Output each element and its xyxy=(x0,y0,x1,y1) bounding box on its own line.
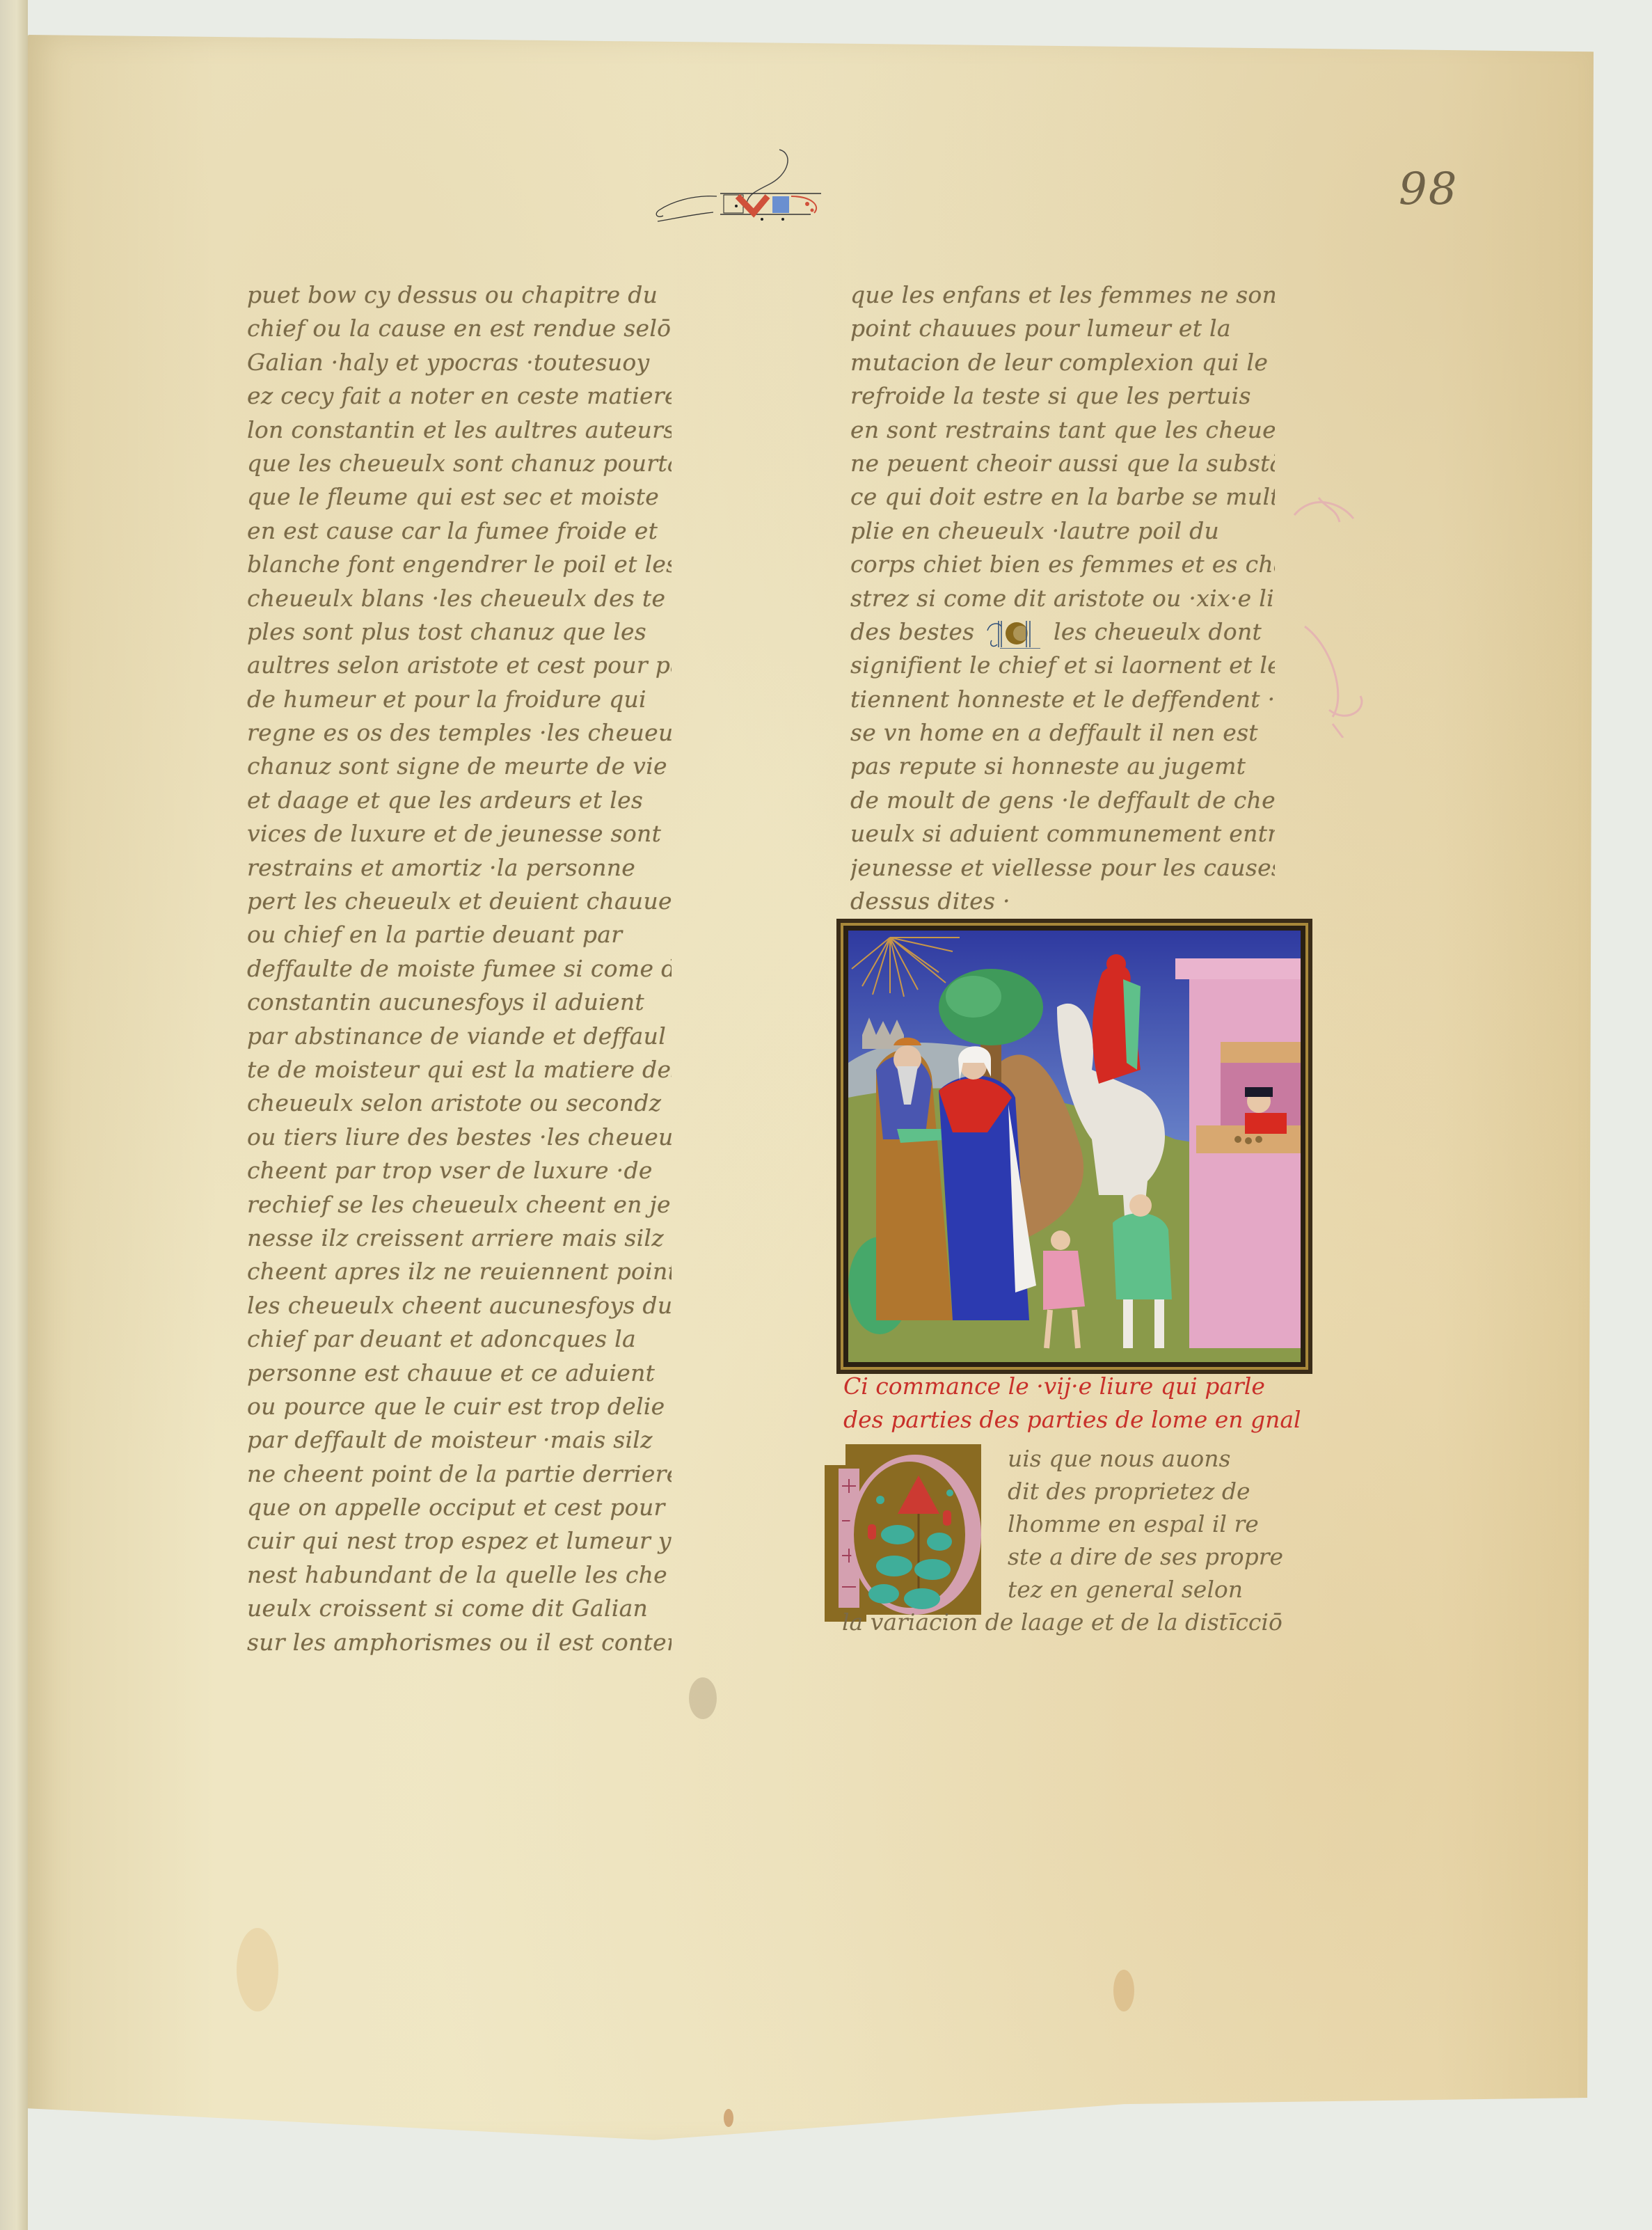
text-line: mutacion de leur complexion qui le xyxy=(850,346,1275,379)
text-line: ce qui doit estre en la barbe se multi xyxy=(850,480,1275,514)
text-line: uis que nous auons xyxy=(1008,1442,1300,1475)
text-fragment: les cheueulx dont xyxy=(1054,618,1262,645)
text-line: cheent apres ilz ne reuiennent point xyxy=(247,1255,672,1288)
text-line: tiennent honneste et le deffendent ·c xyxy=(850,683,1275,716)
text-line: constantin aucunesfoys il aduient xyxy=(247,986,672,1019)
text-line: blanche font engendrer le poil et les xyxy=(247,548,672,581)
text-line-with-initial: des bestes les cheueulx dont xyxy=(850,615,1275,649)
chapter-mark-icon xyxy=(644,146,825,223)
text-line: refroide la teste si que les pertuis xyxy=(850,379,1275,413)
text-line: pas repute si honneste au jugemt xyxy=(850,750,1275,783)
text-line: que on appelle occiput et cest pour le xyxy=(247,1491,672,1524)
text-line: restrains et amortiz ·la personne xyxy=(247,851,672,885)
text-line: aultres selon aristote et cest pour pa xyxy=(247,649,672,682)
text-line: point chauues pour lumeur et la xyxy=(850,312,1275,345)
text-line: que les enfans et les femmes ne sont xyxy=(850,278,1275,312)
text-line: ou tiers liure des bestes ·les cheueulx xyxy=(247,1121,672,1154)
gold-initial-c-icon xyxy=(986,617,1042,649)
text-line: puet bow cy dessus ou chapitre du xyxy=(247,278,672,312)
folio-number: 98 xyxy=(1399,164,1458,215)
text-line: ueulx croissent si come dit Galian xyxy=(247,1592,672,1625)
text-line: lhomme en espal il re xyxy=(1008,1508,1300,1540)
text-line: cheent par trop vser de luxure ·de xyxy=(247,1154,672,1187)
text-beside-initial: uis que nous auons dit des proprietez de… xyxy=(1008,1442,1300,1606)
text-line: rechief se les cheueulx cheent en jeu xyxy=(247,1188,672,1221)
text-line: de humeur et pour la froidure qui xyxy=(247,683,672,716)
foxing-stain xyxy=(1113,1970,1134,2011)
rubric-line: Ci commance le ·vij·e liure qui parle xyxy=(843,1370,1303,1403)
text-line: par abstinance de viande et deffaul xyxy=(247,1020,672,1053)
text-line: ueulx si aduient communement entre xyxy=(850,817,1275,851)
text-line: dit des proprietez de xyxy=(1008,1475,1300,1508)
text-line: ou pource que le cuir est trop delie ou xyxy=(247,1390,672,1423)
text-line: que le fleume qui est sec et moiste xyxy=(247,480,672,514)
text-line: personne est chauue et ce aduient xyxy=(247,1357,672,1390)
text-line: chief ou la cause en est rendue selō xyxy=(247,312,672,345)
rubric-line: des parties des parties de lome en gnal xyxy=(843,1403,1303,1437)
text-line: strez si come dit aristote ou ·xix·e liu… xyxy=(850,582,1275,615)
text-line: tez en general selon xyxy=(1008,1573,1300,1606)
right-text-column: que les enfans et les femmes ne sont poi… xyxy=(850,278,1275,918)
marginal-flourish-icon xyxy=(1291,487,1381,738)
text-line: en sont restrains tant que les cheue xyxy=(850,413,1275,447)
text-line: cheueulx blans ·les cheueulx des te xyxy=(247,582,672,615)
text-line: signifient le chief et si laornent et le xyxy=(850,649,1275,682)
text-line: ne peuent cheoir aussi que la substā xyxy=(850,447,1275,480)
text-line: regne es os des temples ·les cheueulx xyxy=(247,716,672,750)
foxing-stain xyxy=(724,2109,733,2127)
text-line: lon constantin et les aultres auteurs xyxy=(247,413,672,447)
rubric-heading: Ci commance le ·vij·e liure qui parle de… xyxy=(843,1370,1303,1437)
text-line: les cheueulx cheent aucunesfoys du xyxy=(247,1289,672,1322)
text-line: cuir qui nest trop espez et lumeur y xyxy=(247,1524,672,1558)
text-line: en est cause car la fumee froide et xyxy=(247,514,672,548)
previous-leaf-edge xyxy=(0,0,28,2230)
ink-blot xyxy=(689,1677,717,1719)
text-line: nesse ilz creissent arriere mais silz xyxy=(247,1221,672,1255)
text-line: plie en cheueulx ·lautre poil du xyxy=(850,514,1275,548)
text-line: se vn home en a deffault il nen est xyxy=(850,716,1275,750)
text-line: Galian ·haly et ypocras ·toutesuoy xyxy=(247,346,672,379)
text-line: pert les cheueulx et deuient chauue xyxy=(247,885,672,918)
text-line: nest habundant de la quelle les che xyxy=(247,1558,672,1592)
text-line: ne cheent point de la partie derriere xyxy=(247,1457,672,1491)
text-line: chanuz sont signe de meurte de vie xyxy=(247,750,672,783)
text-line: par deffault de moisteur ·mais silz xyxy=(247,1423,672,1457)
text-line: dessus dites · xyxy=(850,885,1275,918)
text-line: vices de luxure et de jeunesse sont xyxy=(247,817,672,851)
text-line: que les cheueulx sont chanuz pourtāt xyxy=(247,447,672,480)
text-line: te de moisteur qui est la matiere des xyxy=(247,1053,672,1086)
text-fragment: des bestes xyxy=(850,618,974,645)
text-line: deffaulte de moiste fumee si come dit xyxy=(247,952,672,986)
foxing-stain xyxy=(237,1928,278,2011)
illuminated-initial-p-icon xyxy=(825,1437,1002,1629)
text-line-final: la variacion de laage et de la distīcciō xyxy=(842,1606,1301,1638)
text-line: cheueulx selon aristote ou secondz xyxy=(247,1086,672,1120)
text-line: ou chief en la partie deuant par xyxy=(247,918,672,951)
text-line: ez cecy fait a noter en ceste matiere se xyxy=(247,379,672,413)
text-line: et daage et que les ardeurs et les xyxy=(247,784,672,817)
text-line: ste a dire de ses propre xyxy=(1008,1540,1300,1573)
text-line: jeunesse et viellesse pour les causes xyxy=(850,851,1275,885)
text-line: de moult de gens ·le deffault de che xyxy=(850,784,1275,817)
miniature-illustration xyxy=(843,926,1305,1367)
text-line: sur les amphorismes ou il est contenu xyxy=(247,1626,672,1659)
text-line: ples sont plus tost chanuz que les xyxy=(247,615,672,649)
text-line: corps chiet bien es femmes et es cha xyxy=(850,548,1275,581)
left-text-column: puet bow cy dessus ou chapitre duchief o… xyxy=(247,278,672,1659)
miniature-scene-icon xyxy=(848,931,1301,1362)
text-line: chief par deuant et adoncques la xyxy=(247,1322,672,1356)
